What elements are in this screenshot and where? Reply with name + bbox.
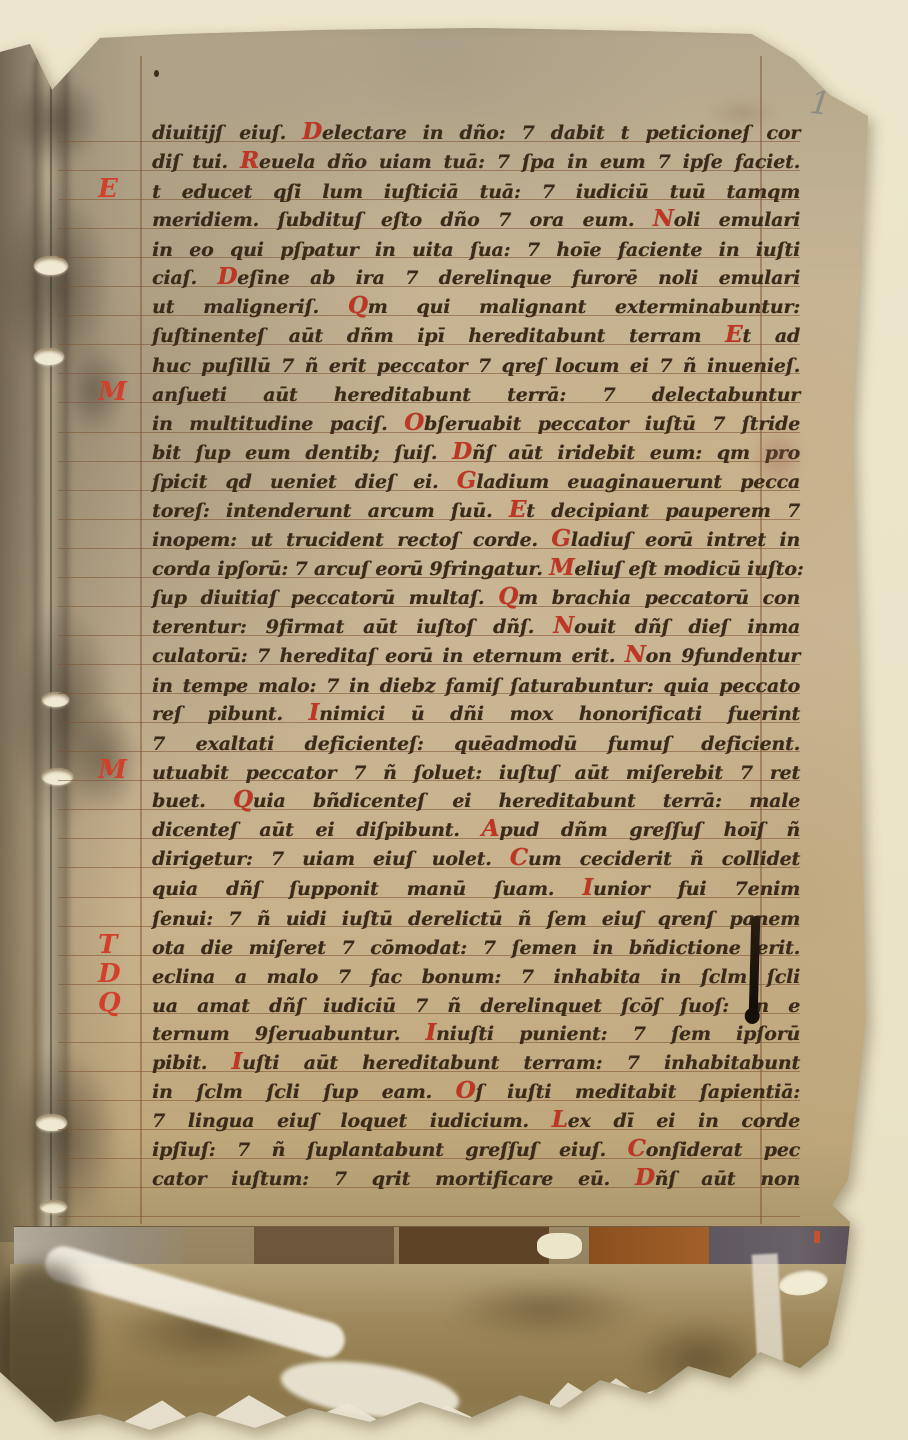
manuscript-text-line: diuitijſ eiuſ. Delectare in dño: 7 dabit… [58,112,800,142]
manuscript-text-line: huc puſillū 7 ñ erit peccator 7 qreſ loc… [58,344,800,374]
leaf-shadow: diuitijſ eiuſ. Delectare in dño: 7 dabit… [0,0,908,1440]
abrasion-patch [752,1253,785,1384]
photo-mat: diuitijſ eiuſ. Delectare in dño: 7 dabit… [0,0,908,1440]
manuscript-text-line: cator iuſtum: 7 qrit mortificare eū. Dñſ… [58,1158,800,1188]
band-hole [537,1233,582,1260]
red-speck [814,1231,820,1243]
rust-patch [589,1227,714,1265]
manuscript-text-line: Manſueti aūt hereditabunt terrā: 7 delec… [58,373,800,403]
manuscript-text-line: reſ pibunt. Inimici ū dñi mox honorifica… [58,693,800,723]
worm-hole [776,1266,829,1299]
stain-pinkish [742,415,814,499]
manuscript-text-line [58,1187,800,1217]
text-block: diuitijſ eiuſ. Delectare in dño: 7 dabit… [0,0,908,1440]
manuscript-text-line: Declina a malo 7 fac bonum: 7 inhabita i… [58,955,800,985]
manuscript-text-line: 7 exaltati deficienteſ: quēadmodū fumuſ … [58,722,800,752]
manuscript-text-line: terentur: 9firmat aūt iuſtoſ dñſ. Nouit … [58,606,800,636]
manuscript-text-line: in ſclm ſcli ſup eam. Oſ iuſti meditabit… [58,1071,800,1101]
manuscript-text-line: corda ipſorū: 7 arcuſ eorū 9fringatur. M… [58,548,800,578]
manuscript-text-line: ſpicit qd ueniet dieſ ei. Gladium euagin… [58,461,800,491]
manuscript-text-line: bit ſup eum dentib; ſuiſ. Dñſ aūt irideb… [58,432,800,462]
manuscript-text-line: inopem: ut trucident rectoſ corde. Gladi… [58,519,800,549]
ink-speck [154,70,159,77]
manuscript-text-line: pibit. Iuſti aūt hereditabunt terram: 7 … [58,1042,800,1072]
dark-stain [0,1264,90,1434]
manuscript-text-line: ſup diuitiaſ peccatorū multaſ. Qm brachi… [58,577,800,607]
damage-band [14,1226,860,1267]
manuscript-text-line: ciaſ. Deſine ab ira 7 derelinque furorē … [58,257,800,287]
manuscript-text-line: in tempe malo: 7 in diebz famiſ ſaturabu… [58,664,800,694]
damage-patch [399,1227,549,1265]
manuscript-text-line: meridiem. ſubdituſ eſto dño 7 ora eum. N… [58,199,800,229]
manuscript-text-line: ſenui: 7 ñ uidi iuſtū derelictū ñ ſem ei… [58,897,800,927]
manuscript-text-line: in eo qui pſpatur in uita ſua: 7 hoīe fa… [58,228,800,258]
manuscript-text-line: dicenteſ aūt ei diſpibunt. Apud dñm greſ… [58,809,800,839]
slate-patch [709,1227,859,1265]
manuscript-text-line: ſuſtinenteſ aūt dñm ipī hereditabunt ter… [58,315,800,345]
manuscript-text-line: in multitudine paciſ. Obſeruabit peccato… [58,403,800,433]
manuscript-text-line: culatorū: 7 hereditaſ eorū in eternum er… [58,635,800,665]
manuscript-text-line: ut maligneriſ. Qm qui malignant extermin… [58,286,800,316]
manuscript-text-line: quia dñſ ſupponit manū ſuam. Iunior fui … [58,867,800,897]
manuscript-text-line: 7 lingua eiuſ loquet iudicium. Lex dī ei… [58,1100,800,1130]
manuscript-text-line: Mutuabit peccator 7 ñ ſoluet: iuſtuſ aūt… [58,751,800,781]
manuscript-text-line: Tota die miſeret 7 cōmodat: 7 ſemen in b… [58,926,800,956]
manuscript-text-line: Qua amat dñſ iudiciū 7 ñ derelinquet ſcō… [58,984,800,1014]
manuscript-text-line: Et educet qſi lum iuſticiā tuā: 7 iudici… [58,170,800,200]
manuscript-text-line: diſ tui. Reuela dño uiam tuā: 7 ſpa in e… [58,141,800,171]
damage-patch [254,1227,394,1265]
stain-top-right [695,92,790,134]
parchment-leaf: diuitijſ eiuſ. Delectare in dño: 7 dabit… [0,0,908,1440]
manuscript-text-line: ipſiuſ: 7 ñ ſuplantabunt greſſuſ eiuſ. C… [58,1129,800,1159]
manuscript-text-line: dirigetur: 7 uiam eiuſ uolet. Cum cecide… [58,838,800,868]
stained-lower-area [10,1264,862,1440]
manuscript-text-line: buet. Quia bñdicenteſ ei hereditabunt te… [58,780,800,810]
manuscript-text-line: ternum 9ſeruabuntur. Iniuſti punient: 7 … [58,1013,800,1043]
manuscript-text-line: toreſ: intenderunt arcum ſuū. Et decipia… [58,490,800,520]
